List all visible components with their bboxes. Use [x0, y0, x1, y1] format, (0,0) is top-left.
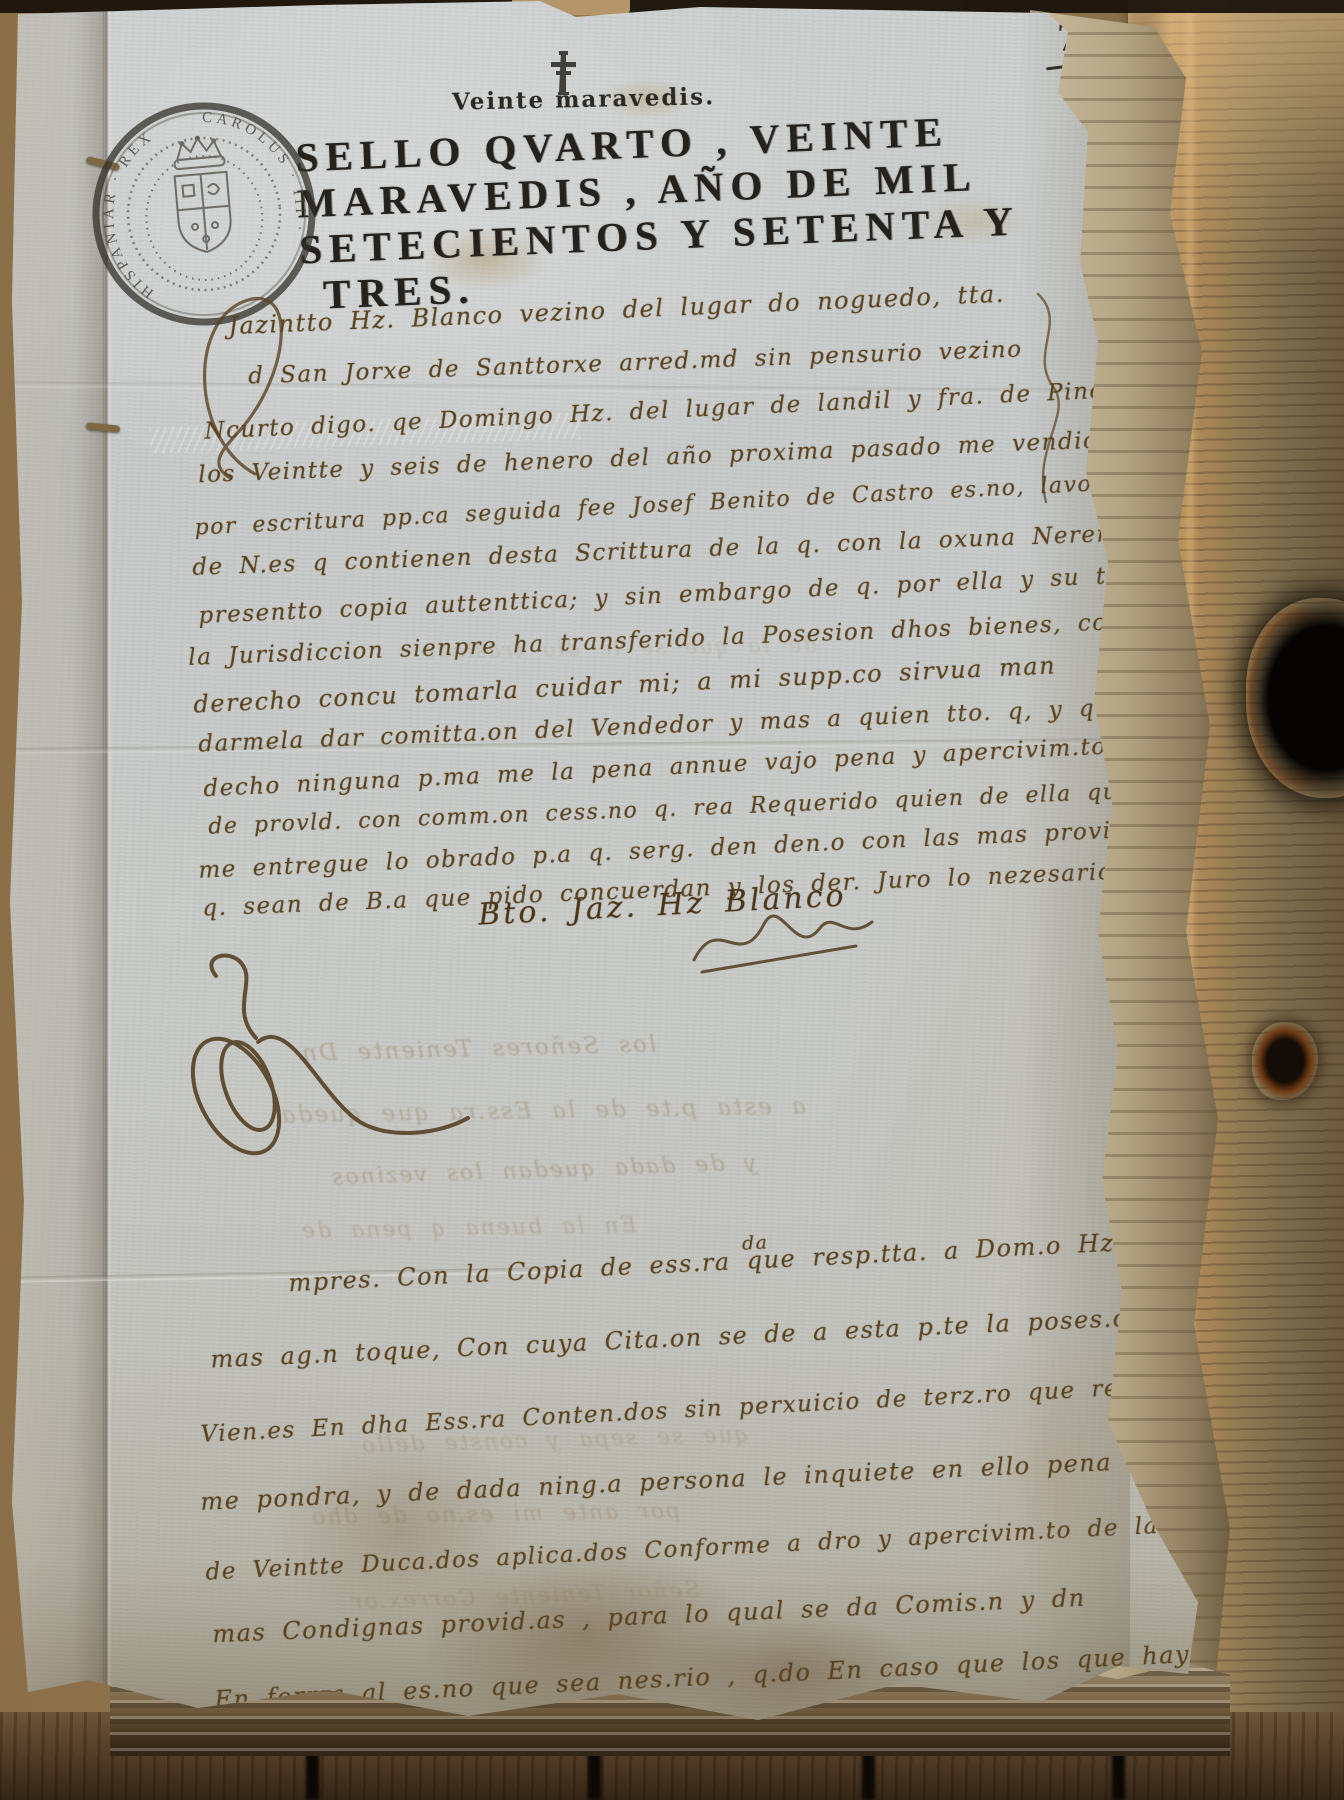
margin-bracket-flourish: [1026, 292, 1072, 507]
seal-legend-left: HISPANIAR · REX: [94, 127, 171, 304]
binding-fold: [0, 0, 104, 1800]
bleedthrough-line: En la buena q pena de: [300, 1213, 637, 1244]
seal-coat-of-arms: [139, 132, 267, 285]
manuscript-line: d San Jorxe de Santtorxe arred.md sin pe…: [248, 336, 1023, 389]
photographed-manuscript-scene: Veinte maravedis. SELLO QVARTO , VEINTE …: [0, 0, 1344, 1800]
stamp-duty-label: Veinte maravedis.: [452, 83, 716, 116]
decree-initial-flourish: [160, 946, 480, 1206]
signature-rubric: [688, 902, 878, 982]
